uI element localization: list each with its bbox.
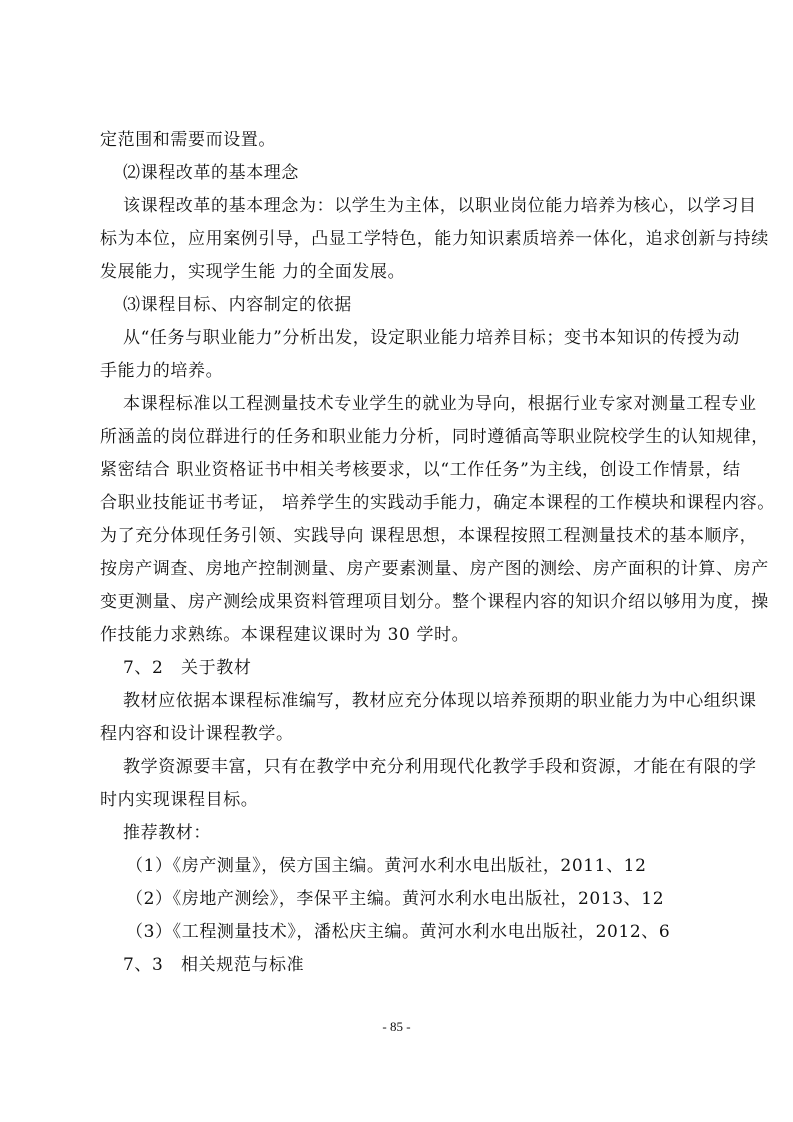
paragraph-line: 教学资源要丰富，只有在教学中充分利用现代化教学手段和资源，才能在有限的学	[123, 756, 723, 778]
paragraph-line: 按房产调查、房地产控制测量、房产要素测量、房产图的测绘、房产面积的计算、房产	[100, 558, 700, 580]
paragraph-line: 为了充分体现任务引领、实践导向 课程思想，本课程按照工程测量技术的基本顺序，	[100, 525, 700, 547]
paragraph-line: 所涵盖的岗位群进行的任务和职业能力分析，同时遵循高等职业院校学生的认知规律，	[100, 426, 700, 448]
paragraph-line: 推荐教材：	[123, 822, 723, 844]
reference-item: （2）《房地产测绘》，李保平主编。黄河水利水电出版社，2013、12	[126, 888, 726, 910]
section-heading: 7、2 关于教材	[123, 657, 723, 679]
paragraph-line: 本课程标准以工程测量技术专业学生的就业为导向，根据行业专家对测量工程专业	[123, 393, 723, 415]
section-heading: 7、3 相关规范与标准	[123, 954, 723, 976]
section-heading: ⑶课程目标、内容制定的依据	[123, 294, 723, 316]
paragraph-line: 手能力的培养。	[100, 360, 700, 382]
paragraph-line: 程内容和设计课程教学。	[100, 723, 700, 745]
paragraph-line: 变更测量、房产测绘成果资料管理项目划分。整个课程内容的知识介绍以够用为度，操	[100, 591, 700, 613]
reference-item: （1）《房产测量》，侯方国主编。黄河水利水电出版社，2011、12	[126, 855, 726, 877]
paragraph-line: 该课程改革的基本理念为：以学生为主体，以职业岗位能力培养为核心，以学习目	[123, 195, 723, 217]
paragraph-line: 定范围和需要而设置。	[100, 129, 700, 151]
paragraph-line: 教材应依据本课程标准编写，教材应充分体现以培养预期的职业能力为中心组织课	[123, 690, 723, 712]
page-number: - 85 -	[0, 1019, 793, 1035]
paragraph-line: 作技能力求熟练。本课程建议课时为 30 学时。	[100, 624, 700, 646]
section-heading: ⑵课程改革的基本理念	[123, 162, 723, 184]
paragraph-line: 从“任务与职业能力”分析出发，设定职业能力培养目标；变书本知识的传授为动	[123, 327, 723, 349]
document-page: 定范围和需要而设置。 ⑵课程改革的基本理念 该课程改革的基本理念为：以学生为主体…	[0, 0, 793, 1122]
reference-item: （3）《工程测量技术》，潘松庆主编。黄河水利水电出版社，2012、6	[126, 921, 726, 943]
paragraph-line: 发展能力，实现学生能 力的全面发展。	[100, 261, 700, 283]
paragraph-line: 时内实现课程目标。	[100, 789, 700, 811]
paragraph-line: 紧密结合 职业资格证书中相关考核要求，以“工作任务”为主线，创设工作情景，结	[100, 459, 700, 481]
paragraph-line: 合职业技能证书考证， 培养学生的实践动手能力，确定本课程的工作模块和课程内容。	[100, 492, 700, 514]
paragraph-line: 标为本位，应用案例引导，凸显工学特色，能力知识素质培养一体化，追求创新与持续	[100, 228, 700, 250]
